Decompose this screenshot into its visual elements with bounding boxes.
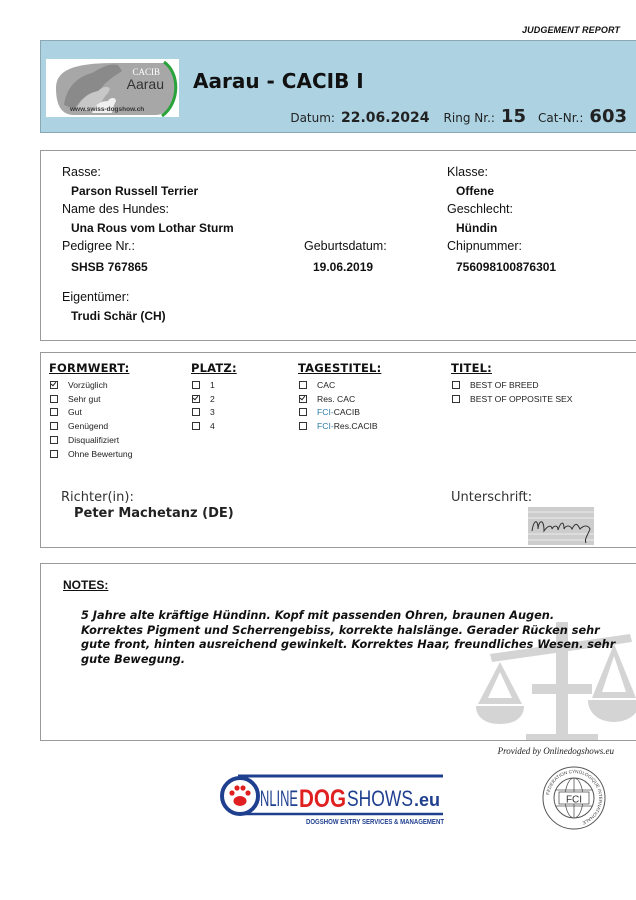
- checkbox-icon[interactable]: [299, 408, 307, 416]
- option-label: Genügend: [68, 421, 108, 431]
- option-label: 1: [210, 380, 215, 390]
- evaluation-section: FORMWERT: VorzüglichSehr gutGutGenügendD…: [40, 352, 636, 548]
- checkbox-icon[interactable]: [50, 395, 58, 403]
- option-gut[interactable]: Gut: [49, 406, 133, 420]
- owner-value: Trudi Schär (CH): [71, 309, 166, 323]
- option-vorz-glich[interactable]: Vorzüglich: [49, 378, 133, 392]
- sex-label: Geschlecht:: [447, 202, 513, 216]
- notes-text: 5 Jahre alte kräftige Hündinn. Kopf mit …: [81, 609, 620, 667]
- option-2[interactable]: 2: [191, 392, 237, 406]
- svg-text:NLINE: NLINE: [260, 786, 298, 811]
- event-meta: Datum: 22.06.2024 Ring Nr.: 15 Cat-Nr.: …: [290, 106, 627, 127]
- provided-by-text: Provided by Onlinedogshows.eu: [498, 746, 614, 756]
- checkbox-icon[interactable]: [452, 395, 460, 403]
- option-3[interactable]: 3: [191, 406, 237, 420]
- sex-value: Hündin: [456, 221, 513, 235]
- option-cac[interactable]: CAC: [298, 378, 381, 392]
- svg-text:FCI: FCI: [566, 795, 582, 806]
- checkbox-icon[interactable]: [50, 450, 58, 458]
- option-text: CAC: [317, 380, 335, 390]
- ring-label: Ring Nr.:: [444, 111, 495, 125]
- platz-heading: PLATZ:: [191, 361, 237, 375]
- chip-value: 756098100876301: [456, 260, 556, 274]
- option-sehr-gut[interactable]: Sehr gut: [49, 392, 133, 406]
- option-text: Gut: [68, 407, 82, 417]
- onlinedogshows-logo[interactable]: NLINE DOG SHOWS .eu DOGSHOW ENTRY SERVIC…: [218, 770, 448, 832]
- birthdate-label: Geburtsdatum:: [304, 239, 387, 253]
- event-title: Aarau - CACIB I: [193, 69, 364, 93]
- option-text: 2: [210, 394, 215, 404]
- option-text: Genügend: [68, 421, 108, 431]
- checkbox-checked-icon[interactable]: [50, 381, 58, 389]
- option-gen-gend[interactable]: Genügend: [49, 419, 133, 433]
- checkbox-checked-icon[interactable]: [192, 395, 200, 403]
- pedigree-label: Pedigree Nr.:: [62, 239, 148, 253]
- dog-name-field: Name des Hundes: Una Rous vom Lothar Stu…: [62, 202, 234, 235]
- checkbox-icon[interactable]: [299, 422, 307, 430]
- pedigree-value: SHSB 767865: [71, 260, 148, 274]
- option-label: FCI-CACIB: [317, 407, 360, 417]
- svg-text:.eu: .eu: [414, 790, 440, 810]
- checkbox-icon[interactable]: [192, 381, 200, 389]
- judge-label: Richter(in):: [61, 490, 134, 505]
- option-text: Disqualifiziert: [68, 435, 119, 445]
- birthdate-value: 19.06.2019: [313, 260, 387, 274]
- dogshow-logo-icon: CACIB Aarau www.swiss-dogshow.ch: [46, 59, 179, 117]
- option-label: Sehr gut: [68, 394, 101, 404]
- svg-text:Aarau: Aarau: [127, 76, 164, 92]
- option-label: FCI-Res.CACIB: [317, 421, 378, 431]
- cat-label: Cat-Nr.:: [538, 111, 583, 125]
- svg-text:DOG: DOG: [299, 785, 346, 813]
- formwert-options: VorzüglichSehr gutGutGenügendDisqualifiz…: [49, 378, 133, 461]
- show-logo: CACIB Aarau www.swiss-dogshow.ch: [46, 59, 179, 117]
- option-text: CACIB: [334, 407, 360, 417]
- owner-field: Eigentümer: Trudi Schär (CH): [62, 290, 166, 323]
- tagestitel-heading: TAGESTITEL:: [298, 361, 381, 375]
- onlinedogshows-logo-icon: NLINE DOG SHOWS .eu DOGSHOW ENTRY SERVIC…: [218, 770, 448, 828]
- option-text: BEST OF OPPOSITE SEX: [470, 394, 573, 404]
- dog-name-label: Name des Hundes:: [62, 202, 234, 216]
- class-value: Offene: [456, 184, 494, 198]
- signature-label: Unterschrift:: [451, 490, 532, 505]
- date-value: 22.06.2024: [341, 110, 430, 126]
- dog-info-section: Rasse: Parson Russell Terrier Name des H…: [40, 150, 636, 341]
- option-label: 3: [210, 407, 215, 417]
- option-fcires-cacib[interactable]: FCI-Res.CACIB: [298, 419, 381, 433]
- breed-value: Parson Russell Terrier: [71, 184, 198, 198]
- birthdate-field: Geburtsdatum: 19.06.2019: [304, 239, 387, 274]
- class-label: Klasse:: [447, 165, 494, 179]
- option-label: CAC: [317, 380, 335, 390]
- checkbox-icon[interactable]: [299, 381, 307, 389]
- notes-heading: NOTES:: [63, 578, 108, 592]
- sex-field: Geschlecht: Hündin: [447, 202, 513, 235]
- option-label: Res. CAC: [317, 394, 355, 404]
- option-text: Ohne Bewertung: [68, 449, 133, 459]
- option-text: Sehr gut: [68, 394, 101, 404]
- option-label: Disqualifiziert: [68, 435, 119, 445]
- tagestitel-options: CACRes. CACFCI-CACIBFCI-Res.CACIB: [298, 378, 381, 433]
- fci-logo[interactable]: FCI FEDERATION CYNOLOGIQUE INTERNATIONAL…: [541, 765, 607, 835]
- option-disqualifiziert[interactable]: Disqualifiziert: [49, 433, 133, 447]
- option-text: Res.CACIB: [334, 421, 378, 431]
- fci-globe-icon: FCI FEDERATION CYNOLOGIQUE INTERNATIONAL…: [541, 765, 607, 831]
- svg-text:SHOWS: SHOWS: [347, 786, 413, 811]
- dog-name-value: Una Rous vom Lothar Sturm: [71, 221, 234, 235]
- option-label: Vorzüglich: [68, 380, 108, 390]
- option-text: Vorzüglich: [68, 380, 108, 390]
- checkbox-icon[interactable]: [452, 381, 460, 389]
- checkbox-icon[interactable]: [50, 408, 58, 416]
- option-fcicacib[interactable]: FCI-CACIB: [298, 406, 381, 420]
- titel-options: BEST OF BREEDBEST OF OPPOSITE SEX: [451, 378, 573, 406]
- option-text: BEST OF BREED: [470, 380, 539, 390]
- chip-label: Chipnummer:: [447, 239, 556, 253]
- signature-icon: [528, 507, 594, 545]
- breed-label: Rasse:: [62, 165, 198, 179]
- titel-heading: TITEL:: [451, 361, 573, 375]
- option-1[interactable]: 1: [191, 378, 237, 392]
- judge-signature: [528, 507, 594, 545]
- fci-prefix: FCI-: [317, 421, 334, 431]
- pedigree-field: Pedigree Nr.: SHSB 767865: [62, 239, 148, 274]
- judge-name: Peter Machetanz (DE): [74, 506, 234, 521]
- platz-group: PLATZ: 1234: [191, 361, 237, 433]
- fci-prefix: FCI-: [317, 407, 334, 417]
- option-text: 4: [210, 421, 215, 431]
- option-text: Res. CAC: [317, 394, 355, 404]
- owner-label: Eigentümer:: [62, 290, 166, 304]
- ring-value: 15: [501, 106, 526, 127]
- tagestitel-group: TAGESTITEL: CACRes. CACFCI-CACIBFCI-Res.…: [298, 361, 381, 433]
- option-text: 3: [210, 407, 215, 417]
- chip-field: Chipnummer: 756098100876301: [447, 239, 556, 274]
- checkbox-icon[interactable]: [50, 422, 58, 430]
- cat-value: 603: [589, 106, 627, 127]
- titel-group: TITEL: BEST OF BREEDBEST OF OPPOSITE SEX: [451, 361, 573, 406]
- option-best-of-breed[interactable]: BEST OF BREED: [451, 378, 573, 392]
- option-label: 2: [210, 394, 215, 404]
- option-label: Gut: [68, 407, 82, 417]
- svg-text:DOGSHOW ENTRY SERVICES & MANAG: DOGSHOW ENTRY SERVICES & MANAGEMENT: [306, 819, 445, 826]
- option-label: BEST OF BREED: [470, 380, 539, 390]
- option-res-cac[interactable]: Res. CAC: [298, 392, 381, 406]
- svg-text:www.swiss-dogshow.ch: www.swiss-dogshow.ch: [69, 106, 144, 113]
- event-header: CACIB Aarau www.swiss-dogshow.ch Aarau -…: [40, 40, 636, 133]
- option-4[interactable]: 4: [191, 419, 237, 433]
- checkbox-icon[interactable]: [192, 408, 200, 416]
- option-text: 1: [210, 380, 215, 390]
- option-label: 4: [210, 421, 215, 431]
- report-type-label: JUDGEMENT REPORT: [522, 25, 620, 35]
- checkbox-icon[interactable]: [50, 436, 58, 444]
- option-label: BEST OF OPPOSITE SEX: [470, 394, 573, 404]
- option-ohne-bewertung[interactable]: Ohne Bewertung: [49, 447, 133, 461]
- option-label: Ohne Bewertung: [68, 449, 133, 459]
- class-field: Klasse: Offene: [447, 165, 494, 198]
- option-best-of-opposite-sex[interactable]: BEST OF OPPOSITE SEX: [451, 392, 573, 406]
- breed-field: Rasse: Parson Russell Terrier: [62, 165, 198, 198]
- platz-options: 1234: [191, 378, 237, 433]
- checkbox-icon[interactable]: [192, 422, 200, 430]
- checkbox-checked-icon[interactable]: [299, 395, 307, 403]
- notes-section: NOTES: 5 Jahre alte kräftige Hündinn. Ko…: [40, 563, 636, 741]
- formwert-heading: FORMWERT:: [49, 361, 133, 375]
- date-label: Datum:: [290, 111, 335, 125]
- formwert-group: FORMWERT: VorzüglichSehr gutGutGenügendD…: [49, 361, 133, 461]
